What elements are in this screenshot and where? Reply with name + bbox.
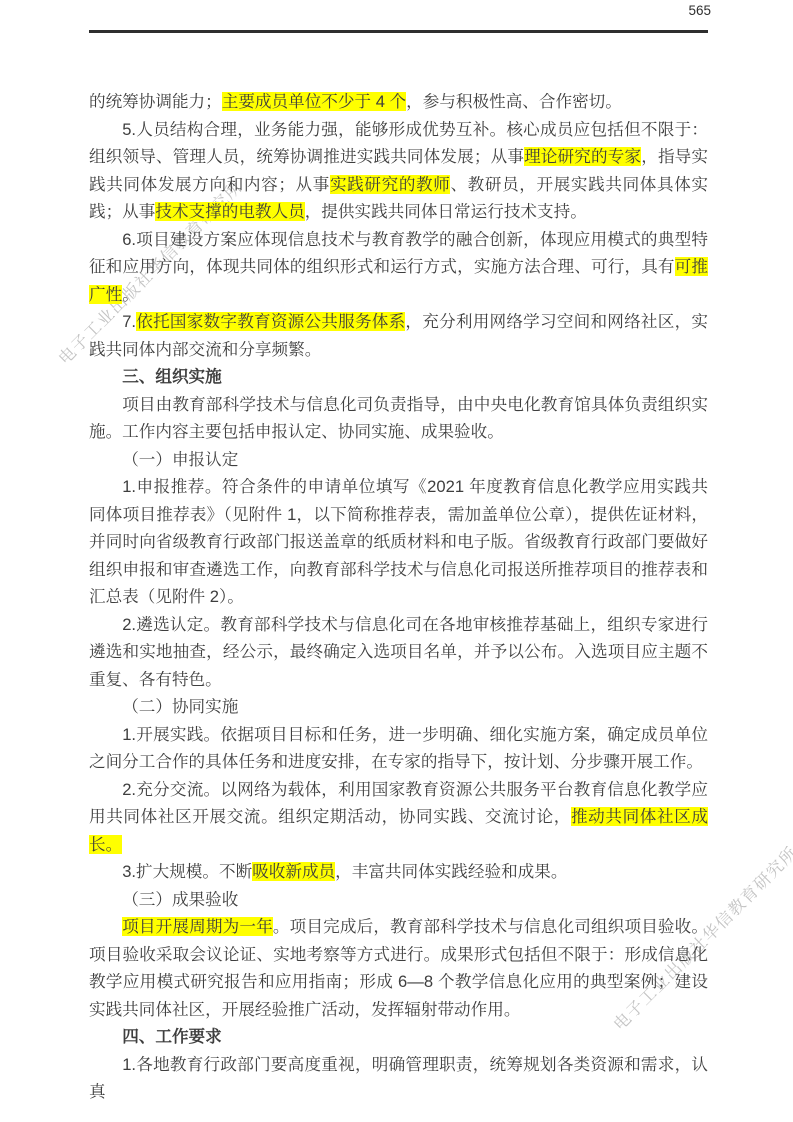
sub-heading: （二）协同实施 xyxy=(89,693,708,721)
document-body: 的统筹协调能力；主要成员单位不少于 4 个，参与积极性高、合作密切。5.人员结构… xyxy=(89,88,708,1106)
highlighted-text: 理论研究的专家 xyxy=(524,147,641,166)
text-run: （三）成果验收 xyxy=(122,890,238,909)
highlighted-text: 项目开展周期为一年 xyxy=(122,917,273,936)
highlighted-text: 主要成员单位不少于 4 个 xyxy=(222,92,406,111)
paragraph: 2.遴选认定。教育部科学技术与信息化司在各地审核推荐基础上，组织专家进行遴选和实… xyxy=(89,611,708,694)
highlighted-text: 依托国家数字教育资源公共服务体系 xyxy=(136,312,405,331)
text-run: 3.扩大规模。不断 xyxy=(122,862,252,881)
highlighted-text: 吸收新成员 xyxy=(252,862,335,881)
text-run: （一）申报认定 xyxy=(122,450,238,469)
text-run: 2.遴选认定。教育部科学技术与信息化司在各地审核推荐基础上，组织专家进行遴选和实… xyxy=(89,615,708,689)
paragraph: 项目开展周期为一年。项目完成后，教育部科学技术与信息化司组织项目验收。项目验收采… xyxy=(89,913,708,1023)
paragraph: 3.扩大规模。不断吸收新成员，丰富共同体实践经验和成果。 xyxy=(89,858,708,886)
paragraph: 项目由教育部科学技术与信息化司负责指导，由中央电化教育馆具体负责组织实施。工作内… xyxy=(89,391,708,446)
paragraph: 的统筹协调能力；主要成员单位不少于 4 个，参与积极性高、合作密切。 xyxy=(89,88,708,116)
text-run: ，丰富共同体实践经验和成果。 xyxy=(335,862,567,881)
text-run: （二）协同实施 xyxy=(122,697,238,716)
paragraph: 1.各地教育行政部门要高度重视，明确管理职责，统筹规划各类资源和需求，认真 xyxy=(89,1051,708,1106)
sub-heading: （三）成果验收 xyxy=(89,886,708,914)
paragraph: 6.项目建设方案应体现信息技术与教育教学的融合创新，体现应用模式的典型特征和应用… xyxy=(89,226,708,309)
text-run: ，参与积极性高、合作密切。 xyxy=(406,92,622,111)
paragraph: 1.开展实践。依据项目目标和任务，进一步明确、细化实施方案，确定成员单位之间分工… xyxy=(89,721,708,776)
text-run: 1.申报推荐。符合条件的申请单位填写《2021 年度教育信息化教学应用实践共同体… xyxy=(89,477,708,606)
section-heading: 三、组织实施 xyxy=(89,363,708,391)
text-run: 项目由教育部科学技术与信息化司负责指导，由中央电化教育馆具体负责组织实施。工作内… xyxy=(89,395,708,442)
text-run: 三、组织实施 xyxy=(122,367,222,386)
highlighted-text: 技术支撑的电教人员 xyxy=(155,202,304,221)
document-page: 565 电子工业出版社华信教育研究所 电子工业出版社华信教育研究所 的统筹协调能… xyxy=(0,0,793,1122)
paragraph: 5.人员结构合理，业务能力强，能够形成优势互补。核心成员应包括但不限于：组织领导… xyxy=(89,116,708,226)
text-run: 6.项目建设方案应体现信息技术与教育教学的融合创新，体现应用模式的典型特征和应用… xyxy=(89,230,708,277)
text-run: 7. xyxy=(122,312,136,331)
page-number: 565 xyxy=(688,3,711,18)
paragraph: 2.充分交流。以网络为载体，利用国家教育资源公共服务平台教育信息化教学应用共同体… xyxy=(89,776,708,859)
text-run: 1.各地教育行政部门要高度重视，明确管理职责，统筹规划各类资源和需求，认真 xyxy=(89,1055,708,1102)
paragraph: 7.依托国家数字教育资源公共服务体系，充分利用网络学习空间和网络社区，实践共同体… xyxy=(89,308,708,363)
section-heading: 四、工作要求 xyxy=(89,1023,708,1051)
text-run: 1.开展实践。依据项目目标和任务，进一步明确、细化实施方案，确定成员单位之间分工… xyxy=(89,725,708,772)
text-run: 四、工作要求 xyxy=(122,1027,222,1046)
paragraph: 1.申报推荐。符合条件的申请单位填写《2021 年度教育信息化教学应用实践共同体… xyxy=(89,473,708,611)
text-run: 的统筹协调能力； xyxy=(89,92,222,111)
text-run: 。 xyxy=(122,285,139,304)
text-run: ，提供实践共同体日常运行技术支持。 xyxy=(305,202,587,221)
header-divider xyxy=(89,30,708,33)
sub-heading: （一）申报认定 xyxy=(89,446,708,474)
highlighted-text: 实践研究的教师 xyxy=(330,175,450,194)
